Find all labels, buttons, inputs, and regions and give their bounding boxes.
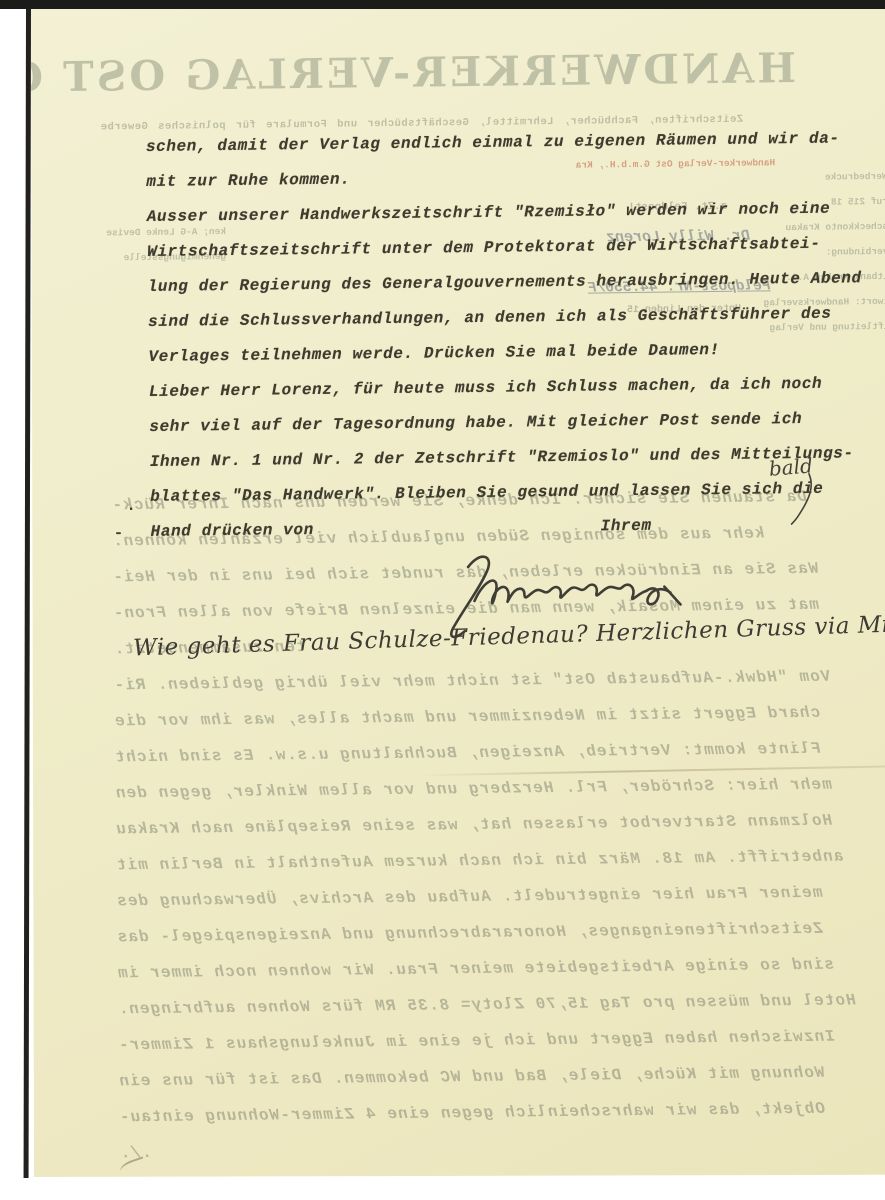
- paper-content: HANDWERKER-VERLAG OST G.M.B.H Zeitschrif…: [31, 7, 885, 1177]
- letter-paper: HANDWERKER-VERLAG OST G.M.B.H Zeitschrif…: [31, 7, 885, 1177]
- margin-dot-mark: ·: [126, 500, 136, 518]
- scan-edge-top: [0, 0, 885, 9]
- closing-left-text: Hand drücken von: [151, 521, 314, 541]
- insertion-caret-stroke: [779, 472, 820, 527]
- bleedthrough-letterhead-title: HANDWERKER-VERLAG OST G.M.B.H: [36, 44, 797, 101]
- scanned-letter-page: { "colors": { "paper": "#f0edcb", "typed…: [0, 0, 885, 1200]
- closing-right-text: Ihrem: [600, 517, 651, 536]
- scan-edge-left: [24, 9, 31, 1178]
- margin-dash-mark: -: [114, 524, 124, 542]
